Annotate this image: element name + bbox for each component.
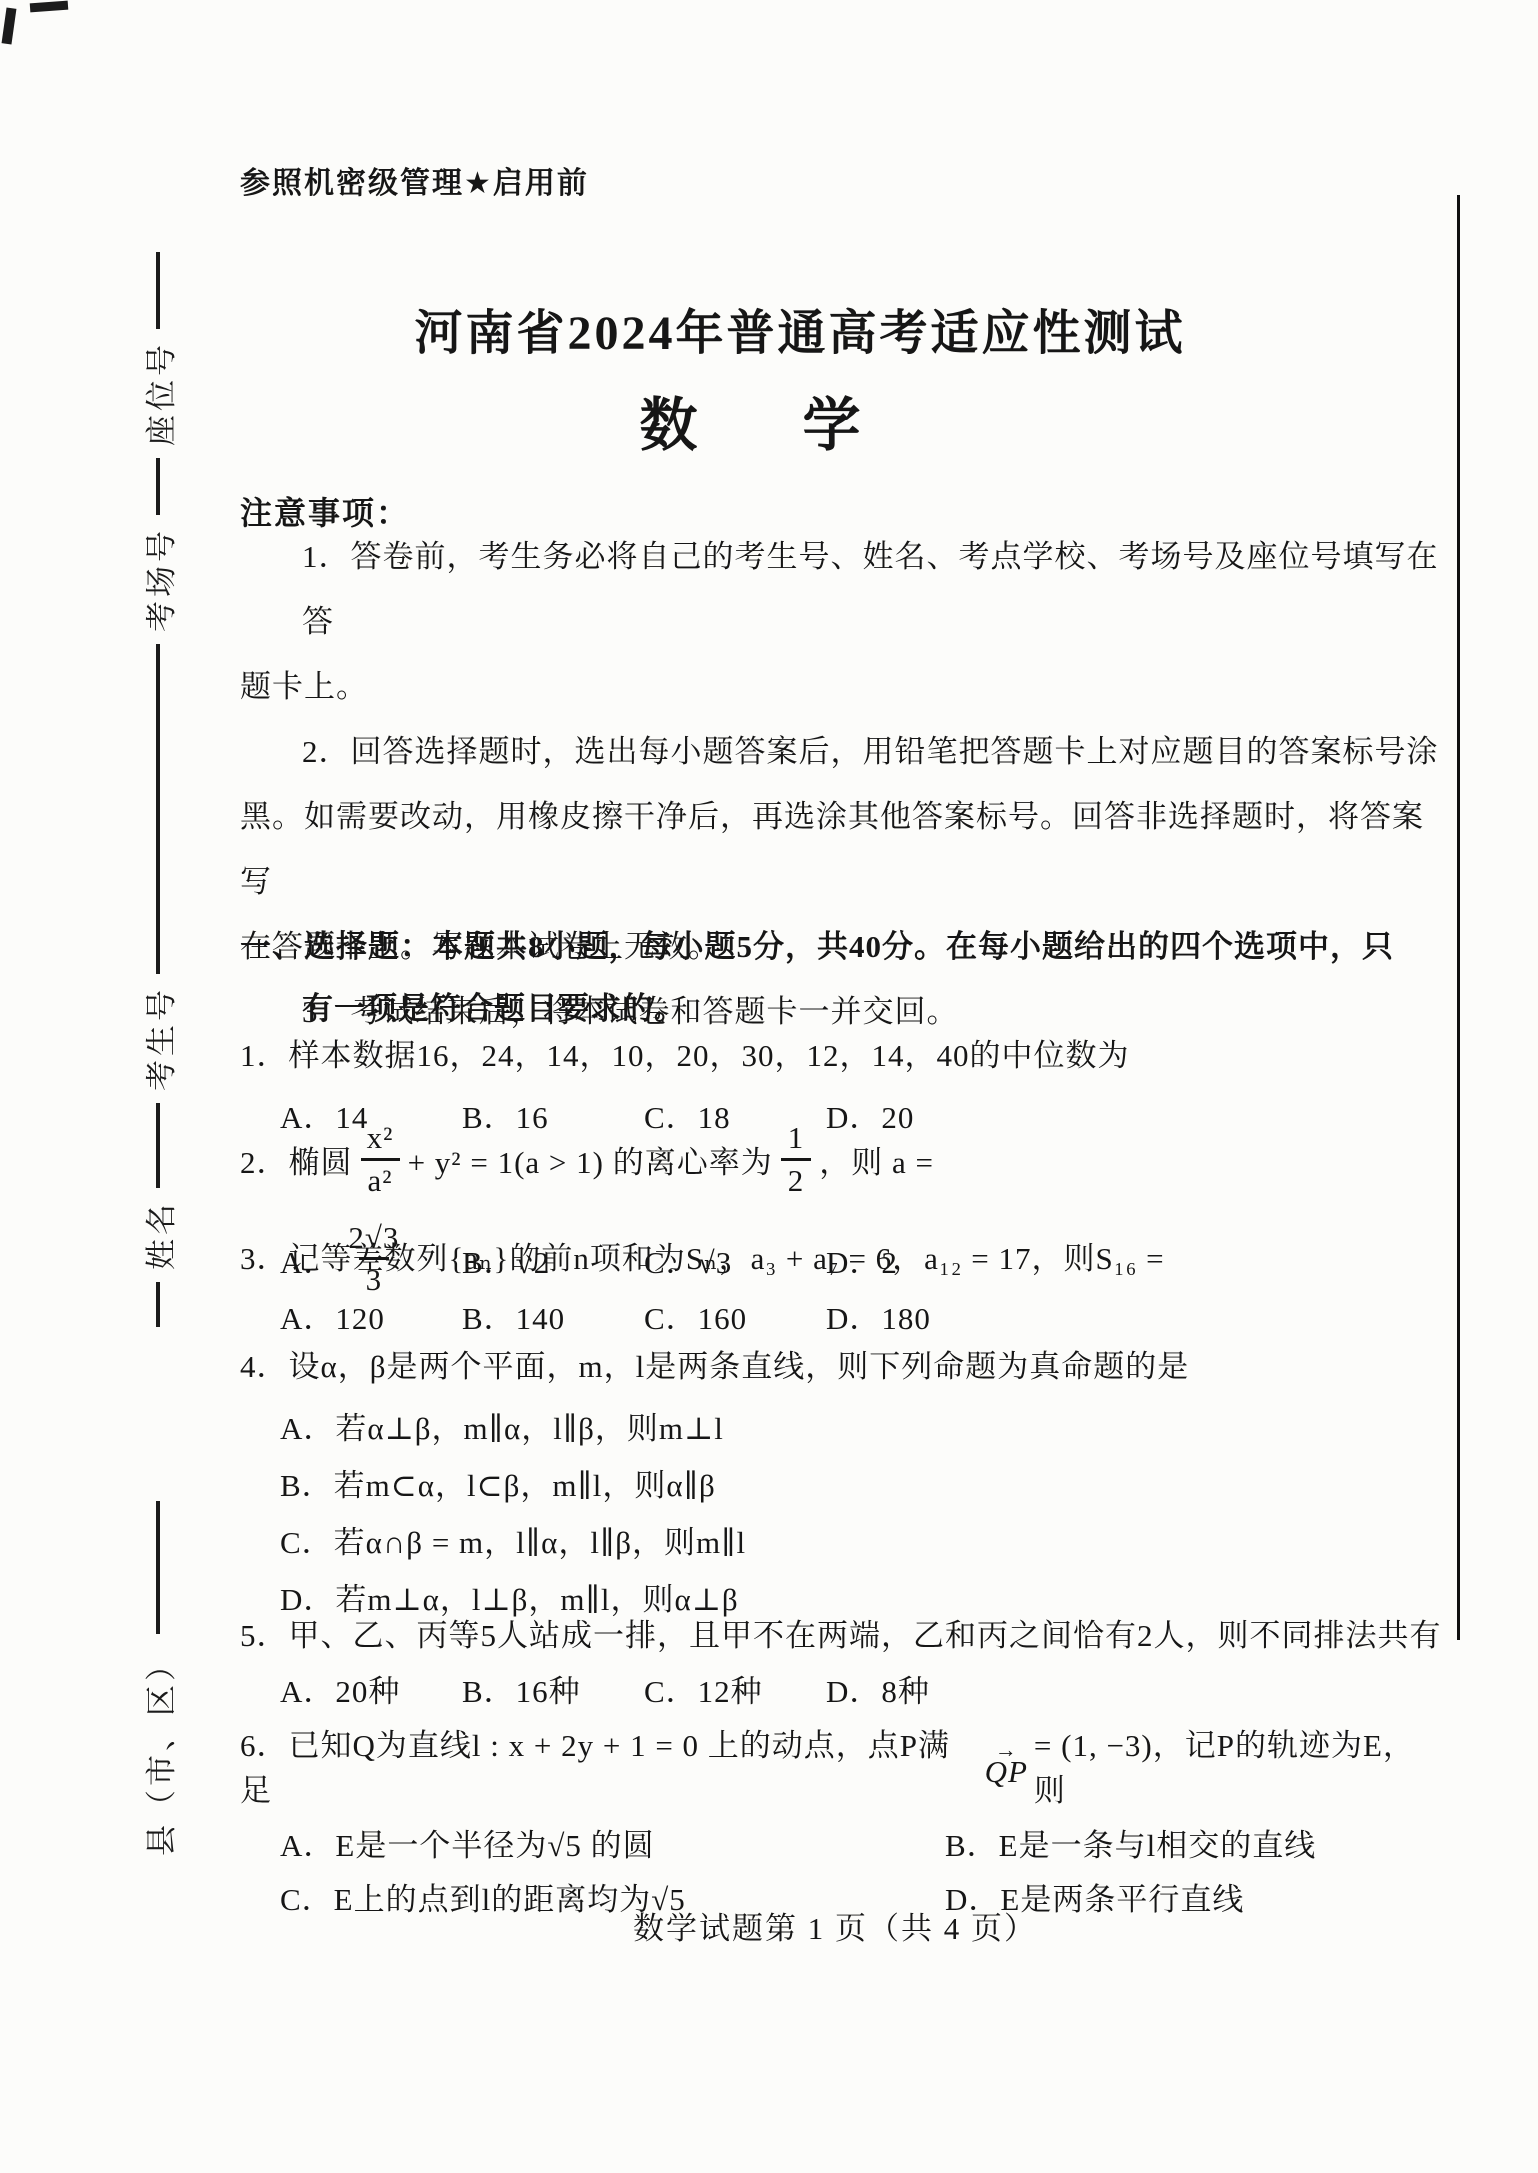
q2-stem-suffix: ，则 a = [819,1137,934,1182]
notice-line: 题卡上。 [240,654,1440,719]
section-heading: 一、选择题：本题共8小题，每小题5分，共40分。在每小题给出的四个选项中，只 有… [240,916,1440,1040]
question-3-stem: 3．记等差数列{aₙ}的前n项和为Sₙ，a₃ + a₇ = 6，a₁₂ = 17… [240,1238,1445,1280]
q6-vector-qp: → QP [985,1743,1028,1787]
section-heading-line1: 一、选择题：本题共8小题，每小题5分，共40分。在每小题给出的四个选项中，只 [240,916,1440,978]
question-1-stem: 1．样本数据16，24，14，10，20，30，12，14，40的中位数为 [240,1035,1445,1077]
q2-stem-prefix: 2．椭圆 [240,1137,353,1182]
seal-line-strip: 县（市、区） 姓名 考生号 考场号 座位号 [98,330,218,1856]
notice-line: 2．回答选择题时，选出每小题答案后，用铅笔把答题卡上对应题目的答案标号涂 [240,719,1440,784]
q2-frac1-denominator: a² [361,1158,400,1198]
option-d: D．8种 [826,1671,1445,1713]
seal-label-candidate-no: 考生号 [136,986,181,1091]
question-2-stem: 2．椭圆 x² a² + y² = 1(a > 1) 的离心率为 1 2 ，则 … [240,1122,1445,1197]
page-footer: 数学试题第 1 页（共 4 页） [240,1903,1430,1948]
q6-stem-prefix: 6．已知Q为直线l : x + 2y + 1 = 0 上的动点，点P满足 [240,1720,979,1810]
question-5-stem: 5．甲、乙、丙等5人站成一排，且甲不在两端，乙和丙之间恰有2人，则不同排法共有 [240,1615,1445,1657]
question-5: 5．甲、乙、丙等5人站成一排，且甲不在两端，乙和丙之间恰有2人，则不同排法共有 … [240,1615,1445,1713]
scan-artifact [30,1,69,13]
seal-label-county: 县（市、区） [136,1646,181,1856]
option-c: C．若α∩β = m，l∥α，l∥β，则m∥l [240,1514,1445,1571]
q2-frac2-denominator: 2 [781,1158,812,1198]
option-a: A．若α⊥β，m∥α，l∥β，则m⊥l [240,1400,1445,1457]
option-c: C．160 [644,1298,826,1340]
q6-vector-text: QP [985,1757,1028,1787]
q2-fraction-1: x² a² [361,1122,400,1197]
scan-artifact [2,7,17,44]
exam-title: 河南省2024年普通高考适应性测试 [220,294,1380,363]
option-b: B．140 [462,1298,644,1340]
seal-label-room-no: 考场号 [136,527,181,632]
option-a: A．120 [280,1298,462,1340]
question-3: 3．记等差数列{aₙ}的前n项和为Sₙ，a₃ + a₇ = 6，a₁₂ = 17… [240,1238,1445,1340]
seal-blank-line [156,644,160,974]
question-4: 4．设α，β是两个平面，m，l是两条直线，则下列命题为真命题的是 A．若α⊥β，… [240,1346,1445,1628]
seal-blank-line [156,1282,160,1327]
security-notice: 参照机密级管理★启用前 [240,158,589,202]
question-5-options: A．20种 B．16种 C．12种 D．8种 [240,1671,1445,1713]
question-6: 6．已知Q为直线l : x + 2y + 1 = 0 上的动点，点P满足 → Q… [240,1720,1445,1920]
subject-title-text: 数学 [534,393,965,458]
q2-fraction-2: 1 2 [781,1122,812,1197]
scanned-exam-page: 县（市、区） 姓名 考生号 考场号 座位号 参照机密级管理★启用前 河南省202… [0,0,1538,2173]
notice-line: 1．答卷前，考生务必将自己的考生号、姓名、考点学校、考场号及座位号填写在答 [240,524,1440,654]
binding-line [1457,195,1460,1640]
question-4-options: A．若α⊥β，m∥α，l∥β，则m⊥l B．若m⊂α，l⊂β，m∥l，则α∥β … [240,1400,1445,1628]
question-4-stem: 4．设α，β是两个平面，m，l是两条直线，则下列命题为真命题的是 [240,1346,1445,1388]
seal-blank-line [156,252,160,329]
question-3-options: A．120 B．140 C．160 D．180 [240,1298,1445,1340]
subject-title: 数学 [170,378,1330,462]
seal-blank-line [156,1501,160,1634]
option-a: A．20种 [280,1671,462,1713]
option-b: B．E是一条与l相交的直线 [945,1826,1445,1866]
q2-stem-mid: + y² = 1(a > 1) 的离心率为 [408,1137,773,1182]
seal-label-name: 姓名 [136,1200,181,1270]
q2-frac2-numerator: 1 [783,1122,810,1158]
q2-frac1-numerator: x² [362,1122,399,1158]
q6-stem-suffix: = (1, −3)，记P的轨迹为E，则 [1034,1720,1445,1810]
option-b: B．16种 [462,1671,644,1713]
seal-blank-line [156,1103,160,1188]
option-a: A．E是一个半径为√5 的圆 [280,1826,945,1866]
seal-gap [158,1339,159,1489]
option-b: B．若m⊂α，l⊂β，m∥l，则α∥β [240,1457,1445,1514]
question-6-stem: 6．已知Q为直线l : x + 2y + 1 = 0 上的动点，点P满足 → Q… [240,1720,1445,1810]
section-heading-line2: 有一项是符合题目要求的。 [240,978,1440,1040]
option-c: C．12种 [644,1671,826,1713]
option-d: D．180 [826,1298,1445,1340]
seal-blank-line [156,458,160,515]
notice-line: 黑。如需要改动，用橡皮擦干净后，再选涂其他答案标号。回答非选择题时，将答案写 [240,784,1440,914]
